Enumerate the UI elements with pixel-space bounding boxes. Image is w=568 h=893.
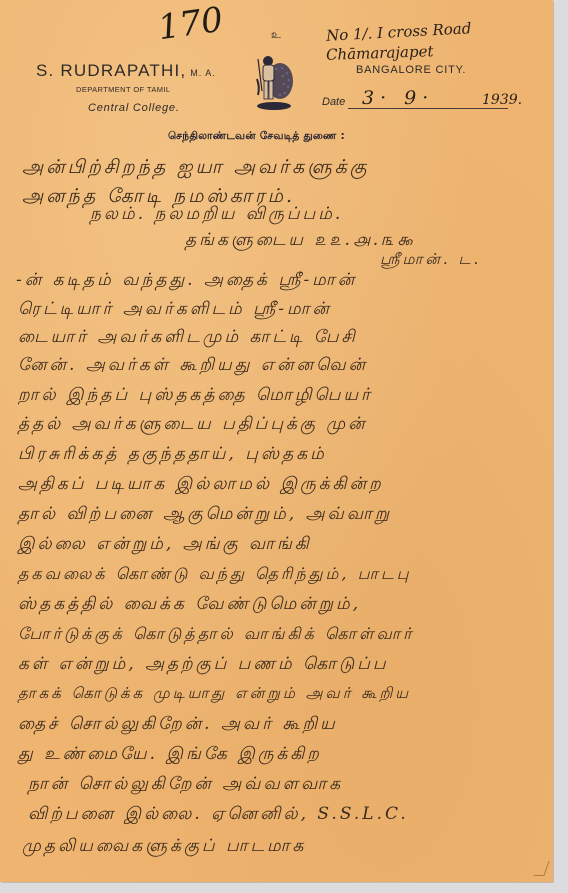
sender-department: DEPARTMENT OF TAMIL <box>76 85 170 94</box>
body-line: பிரசுரிக்கத் தகுந்ததாய், புஸ்தகம் <box>18 446 327 463</box>
body-line: அதிகப் படியாக இல்லாமல் இருக்கின்ற <box>18 476 384 493</box>
date-day-month: 3· 9· <box>362 87 434 109</box>
body-line: ஸ்தகத்தில் வைக்க வேண்டுமென்றும், <box>18 596 361 613</box>
murugan-peacock-emblem-icon <box>254 51 294 113</box>
invocation-heading: செந்திலாண்டவன் சேவடித் துணை : <box>168 130 345 143</box>
body-line: றால் இந்தப் புஸ்தகத்தை மொழிபெயர் <box>18 387 373 404</box>
body-line: நலம். நலமறிய விருப்பம். <box>90 206 343 223</box>
body-line: இல்லை என்றும், அங்கு வாங்கி <box>18 536 312 553</box>
date-label: Date <box>322 96 345 108</box>
date-year-suffix: 39. <box>500 92 522 108</box>
body-line: த்தல் அவர்களுடைய பதிப்புக்கு முன் <box>18 416 368 433</box>
body-line: -ன் கடிதம் வந்தது. அதைக் ஸ்ரீ-மான் <box>16 272 357 289</box>
date-year: 1939. <box>482 92 522 108</box>
body-line: து உண்மையே. இங்கே இருக்கிற <box>18 746 322 763</box>
body-line: தாகக் கொடுக்க முடியாது என்றும் அவர் கூறி… <box>18 686 411 701</box>
body-line: நான் சொல்லுகிறேன் அவ்வளவாக <box>28 776 343 793</box>
sender-degree: M. A. <box>190 68 216 78</box>
sender-college: Central College. <box>88 102 180 114</box>
body-line: னேன். அவர்கள் கூறியது என்னவென் <box>18 357 368 374</box>
letter-paper: 170 S. RUDRAPATHI,M. A. DEPARTMENT OF TA… <box>0 0 553 882</box>
body-line: போர்டுக்குக் கொடுத்தால் வாங்கிக் கொள்வார… <box>18 626 414 642</box>
body-line: முதலியவைகளுக்குப் பாடமாக <box>22 838 306 855</box>
body-line: தால் விற்பனை ஆகுமென்றும், அவ்வாறு <box>18 506 392 523</box>
body-line: டையார் அவர்களிடமும் காட்டி பேசி <box>18 329 358 346</box>
body-line: ஸ்ரீமான். ட. <box>380 252 481 267</box>
address-line-2: Chāmarajapet <box>326 42 434 64</box>
body-line: தைச் சொல்லுகிறேன். அவர் கூறிய <box>18 716 338 733</box>
paper-corner-mark <box>533 861 549 876</box>
folio-number: 170 <box>156 0 226 48</box>
city-label: BANGALORE CITY. <box>356 64 466 76</box>
sender-name-text: S. RUDRAPATHI, <box>36 61 186 80</box>
body-line: தகவலைக் கொண்டு வந்து தெரிந்தும், பாடபு <box>18 566 412 582</box>
address-line-1: No 1/. I cross Road <box>326 19 472 45</box>
body-line: அன்பிற்சிறந்த ஐயா அவர்களுக்கு <box>22 158 370 177</box>
body-line: ரெட்டியார் அவர்களிடம் ஸ்ரீ-மான் <box>18 301 332 318</box>
body-line: தங்களுடைய ௨௨.௮.௩௯ <box>185 232 416 249</box>
pillaiyar-suzhi-mark: உ <box>271 28 281 43</box>
sender-name: S. RUDRAPATHI,M. A. <box>36 61 216 81</box>
date-row: Date 3· 9· 1939. <box>322 90 532 114</box>
body-line: விற்பனை இல்லை. ஏனெனில், S.S.L.C. <box>28 806 409 823</box>
body-line: கள் என்றும், அதற்குப் பணம் கொடுப்ப <box>18 656 389 673</box>
date-year-prefix: 19 <box>482 92 500 108</box>
